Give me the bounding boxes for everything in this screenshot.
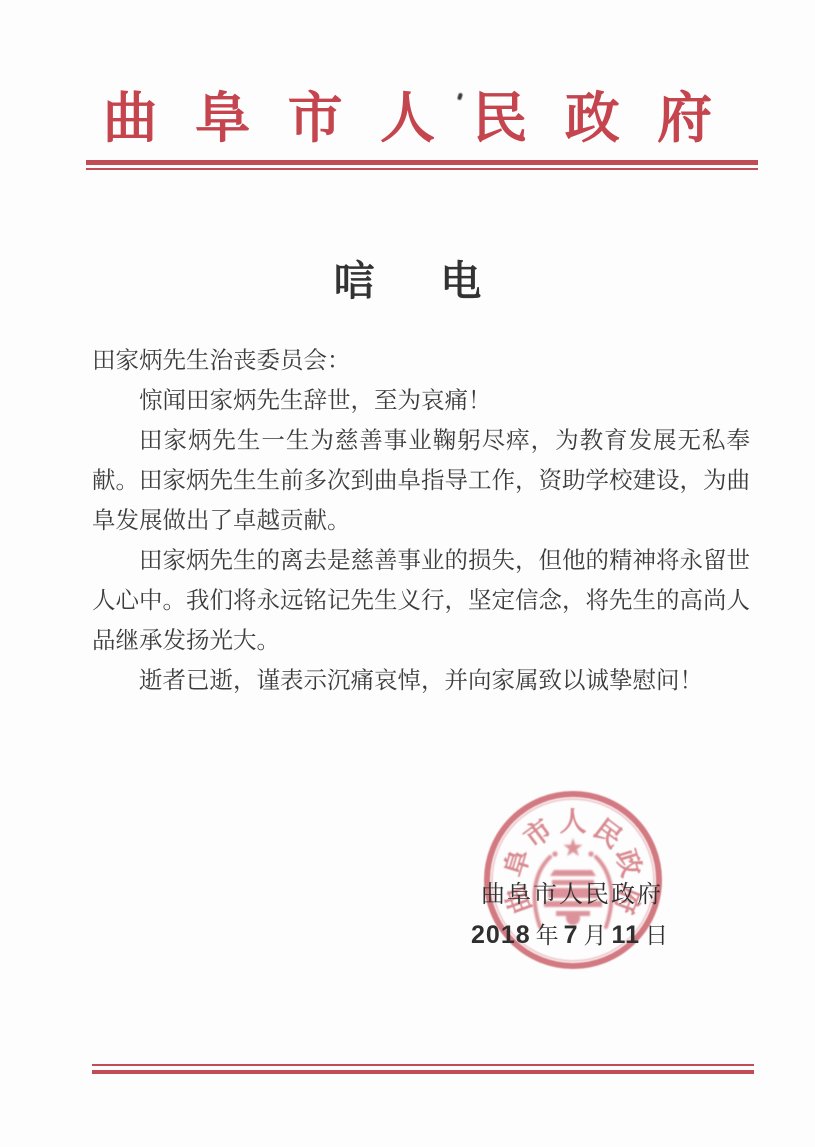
seal-char: 民 [588, 814, 628, 854]
seal-char: 市 [518, 814, 558, 854]
seal-char: 人 [560, 807, 587, 837]
document-title: 唁电 [0, 256, 815, 306]
salutation: 田家炳先生治丧委员会： [92, 341, 750, 381]
letterhead-rule-thick [86, 160, 758, 165]
date-day-label: 日 [645, 923, 668, 948]
letterhead-title: 曲阜市人民政府 [0, 90, 815, 148]
date-year: 2018 [471, 921, 531, 949]
scanned-letter-page: 曲阜市人民政府 唁电 田家炳先生治丧委员会： 惊闻田家炳先生辞世，至为哀痛！ 田… [0, 0, 815, 1147]
date-month-label: 月 [584, 923, 607, 948]
letterhead-rule [86, 160, 758, 170]
footer-rule [92, 1064, 754, 1074]
signature-org-name: 曲阜市人民政府 [472, 874, 672, 909]
footer-rule-thick [92, 1070, 754, 1074]
date-year-label: 年 [536, 923, 559, 948]
footer-rule-thin [92, 1064, 754, 1066]
letterhead-rule-thin [86, 168, 758, 170]
date-day: 11 [612, 921, 640, 949]
paragraph-4: 逝者已逝，谨表示沉痛哀悼，并向家属致以诚挚慰问！ [92, 661, 750, 701]
date-month: 7 [564, 921, 579, 949]
signature-date: 2018年7月11日 [447, 917, 697, 950]
letter-body: 田家炳先生治丧委员会： 惊闻田家炳先生辞世，至为哀痛！ 田家炳先生一生为慈善事业… [92, 341, 750, 701]
paragraph-3: 田家炳先生的离去是慈善事业的损失，但他的精神将永留世人心中。我们将永远铭记先生义… [92, 541, 750, 661]
paragraph-1: 惊闻田家炳先生辞世，至为哀痛！ [92, 381, 750, 421]
paragraph-2: 田家炳先生一生为慈善事业鞠躬尽瘁，为教育发展无私奉献。田家炳先生生前多次到曲阜指… [92, 421, 750, 541]
